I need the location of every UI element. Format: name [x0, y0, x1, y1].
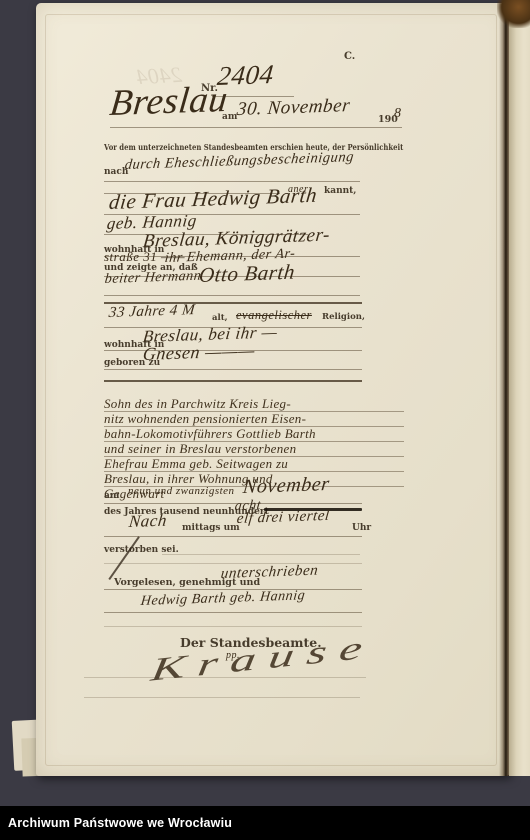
death-time: elf drei viertel [236, 509, 330, 527]
am-label: am [222, 113, 237, 122]
signature-rule-2 [84, 697, 360, 698]
identification-text: durch Eheschließungsbescheinigung [124, 150, 355, 172]
religion-entry: evangelischer [236, 309, 312, 322]
form-rule [104, 536, 362, 537]
declarant-signature: Hedwig Barth geb. Hannig [140, 589, 306, 609]
death-register-page: C. 2404 Nr. 2404 Breslau am 30. November… [36, 3, 510, 776]
unterschrieben-hand: unterschrieben [220, 564, 319, 582]
parents-line: Ehefrau Emma geb. Seitwagen zu [104, 457, 404, 472]
form-rule [104, 369, 362, 370]
parents-line: Sohn des in Parchwitz Kreis Lieg- [104, 397, 404, 412]
record-date: 30. November [236, 96, 351, 119]
form-rule [104, 612, 362, 613]
city-name: Breslau [108, 81, 230, 122]
blank-rule [104, 626, 362, 627]
filler-rule [162, 554, 360, 555]
death-day: neun und zwanzigsten [128, 486, 235, 497]
dateline-rule [110, 127, 402, 128]
corner-mark: C. [344, 52, 355, 62]
form-intro-inner: Vor dem unterzeichneten Standesbeamten e… [104, 144, 403, 153]
mittags-label: mittags um [182, 524, 240, 533]
form-rule [104, 295, 360, 296]
deceased-age: 33 Jahre 4 M [108, 303, 196, 321]
section-separator-2 [104, 380, 362, 382]
birthplace: Gnesen ——— [142, 341, 256, 363]
uhr-label: Uhr [352, 524, 371, 533]
parents-line: nitz wohnenden pensionierten Eisen- [104, 412, 404, 427]
archive-footer-bar: Archiwum Państwowe we Wrocławiu [0, 806, 530, 840]
year-digit: 8 [394, 107, 402, 121]
parents-line: und seiner in Breslau verstorbenen [104, 442, 404, 457]
alt-label: alt, [212, 314, 228, 323]
am-label-2: am [104, 492, 119, 501]
time-prefix: Nach [128, 512, 168, 530]
report-line2: beiter Hermann [104, 270, 202, 287]
blank-rule [104, 563, 362, 564]
archive-scan: C. 2404 Nr. 2404 Breslau am 30. November… [0, 0, 530, 840]
declarant-name: die Frau Hedwig Barth [108, 185, 318, 213]
adjacent-page-edge [509, 10, 530, 776]
residence-line1: Breslau, Königgrätzer- [142, 226, 331, 251]
deceased-name: Otto Barth [198, 262, 296, 286]
parents-line: bahn-Lokomotivführers Gottlieb Barth [104, 427, 404, 442]
kannt-label: kannt, [324, 187, 356, 196]
archive-name: Archiwum Państwowe we Wrocławiu [8, 816, 232, 830]
form-rule [104, 503, 362, 504]
form-rule [104, 181, 360, 182]
cancellation-stroke [108, 536, 139, 580]
death-month: November [242, 474, 331, 497]
religion-label: Religion, [322, 313, 365, 322]
binding-remnant [497, 0, 530, 28]
